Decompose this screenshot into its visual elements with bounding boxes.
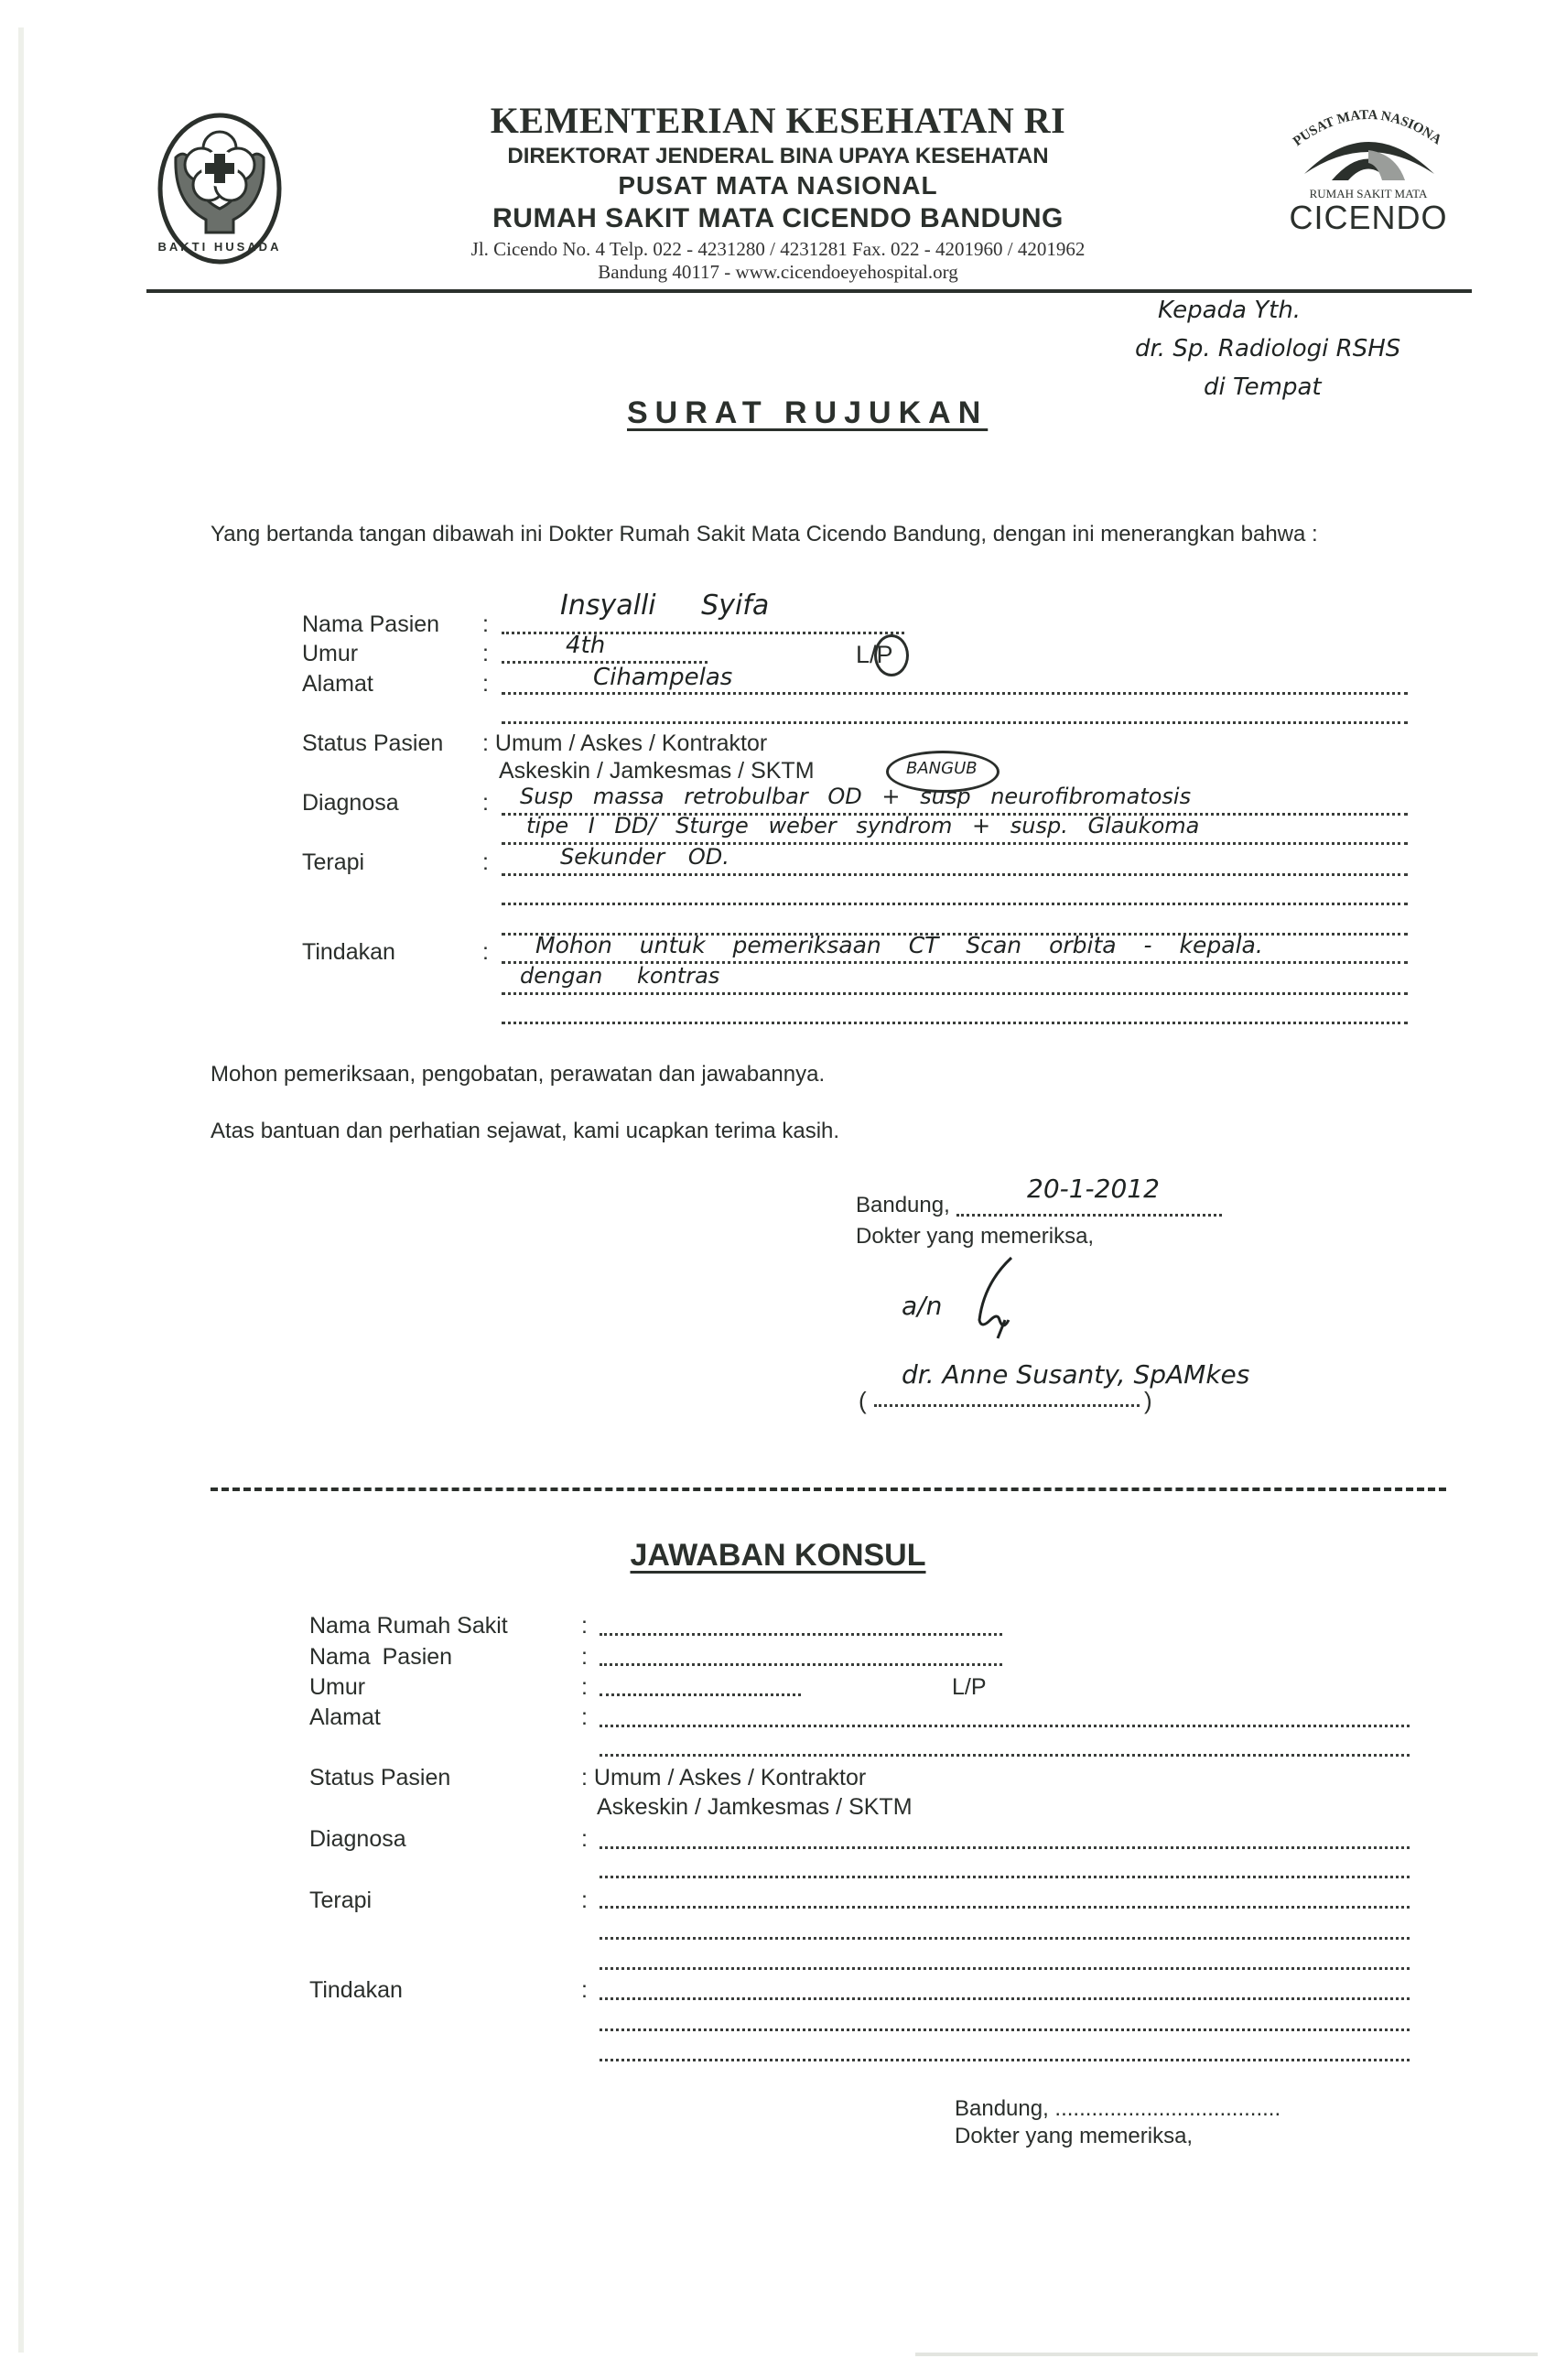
answer-field-alamat[interactable] — [600, 1721, 1410, 1727]
gender-options-2: L/P — [952, 1674, 987, 1701]
label-status-pasien-2: Status Pasien — [309, 1765, 450, 1791]
answer-status-line2: Askeskin / Jamkesmas / SKTM — [597, 1794, 913, 1821]
field-diagnosa-line2[interactable]: tipe I DD/ Sturge weber syndrom + susp. … — [526, 813, 1199, 838]
colon: : — [581, 1704, 588, 1731]
answer-place-date[interactable]: Bandung, ...............................… — [955, 2096, 1280, 2122]
answer-field-diagnosa-2[interactable] — [600, 1872, 1410, 1878]
answer-field-nama-pasien[interactable] — [600, 1660, 1002, 1666]
signature-line — [874, 1401, 1140, 1407]
label-nama-rumah-sakit: Nama Rumah Sakit — [309, 1613, 508, 1639]
answer-doctor-label: Dokter yang memeriksa, — [955, 2124, 1193, 2149]
colon: : — [581, 1977, 588, 2004]
field-line — [502, 899, 1408, 905]
label-alamat-2: Alamat — [309, 1704, 381, 1731]
center-name: PUSAT MATA NASIONAL — [0, 171, 1556, 200]
place-label: Bandung, — [856, 1193, 950, 1218]
label-nama-pasien-2: Nama Pasien — [309, 1644, 452, 1671]
colon: : — [482, 790, 489, 817]
ministry-title: KEMENTERIAN KESEHATAN RI — [0, 99, 1556, 142]
addressee-block: Kepada Yth. dr. Sp. Radiologi RSHS di Te… — [1149, 291, 1400, 406]
field-doctor-name[interactable]: dr. Anne Susanty, SpAMkes — [902, 1359, 1249, 1390]
colon: : — [581, 1888, 588, 1914]
colon: : — [482, 641, 489, 667]
closing-thanks: Atas bantuan dan perhatian sejawat, kami… — [211, 1119, 839, 1144]
label-tindakan-2: Tindakan — [309, 1977, 403, 2004]
field-line — [502, 870, 1408, 876]
hospital-name: RUMAH SAKIT MATA CICENDO BANDUNG — [0, 203, 1556, 234]
status-options-line1: : Umum / Askes / Kontraktor — [482, 730, 767, 757]
field-line — [502, 1018, 1408, 1024]
field-line — [502, 718, 1408, 724]
colon: : — [482, 671, 489, 698]
label-status-pasien: Status Pasien — [302, 730, 443, 757]
signature-icon — [970, 1256, 1034, 1347]
colon: : — [581, 1644, 588, 1671]
label-umur-2: Umur — [309, 1674, 365, 1701]
field-tindakan-line2[interactable]: dengan kontras — [520, 963, 719, 989]
field-tindakan-line1[interactable]: Mohon untuk pemeriksaan CT Scan orbita -… — [535, 932, 1263, 958]
answer-status-line1: : Umum / Askes / Kontraktor — [581, 1765, 866, 1791]
gender-selected-circle — [874, 634, 909, 676]
answer-field-terapi[interactable] — [600, 1902, 1410, 1909]
answer-field-alamat-2[interactable] — [600, 1750, 1410, 1757]
answer-field-terapi-3[interactable] — [600, 1963, 1410, 1970]
referral-title: SURAT RUJUKAN — [627, 395, 988, 431]
referral-intro: Yang bertanda tangan dibawah ini Dokter … — [211, 520, 1419, 549]
label-umur: Umur — [302, 641, 358, 667]
paren-open: ( — [859, 1387, 867, 1415]
cut-line-divider — [211, 1487, 1446, 1491]
answer-title: JAWABAN KONSUL — [0, 1538, 1556, 1574]
paren-close: ) — [1144, 1387, 1152, 1415]
field-line — [502, 989, 1408, 995]
colon: : — [581, 1613, 588, 1639]
field-date[interactable]: 20-1-2012 — [1027, 1174, 1160, 1204]
signature-on-behalf: a/n — [902, 1291, 942, 1321]
answer-field-tindakan-2[interactable] — [600, 2025, 1410, 2031]
label-terapi-2: Terapi — [309, 1888, 372, 1914]
colon: : — [581, 1826, 588, 1853]
answer-field-diagnosa[interactable] — [600, 1843, 1410, 1849]
answer-field-umur[interactable] — [600, 1690, 801, 1696]
date-line — [956, 1210, 1222, 1217]
directorate-name: DIREKTORAT JENDERAL BINA UPAYA KESEHATAN — [0, 144, 1556, 169]
addressee-recipient: dr. Sp. Radiologi RSHS — [1135, 330, 1400, 368]
colon: : — [482, 611, 489, 638]
field-diagnosa-line1[interactable]: Susp massa retrobulbar OD + susp neurofi… — [520, 784, 1191, 809]
field-status-handwritten[interactable]: BANGUB — [906, 759, 978, 778]
colon: : — [482, 849, 489, 876]
field-nama-pasien[interactable]: Insyalli Syifa — [560, 590, 769, 622]
address-line: Jl. Cicendo No. 4 Telp. 022 - 4231280 / … — [0, 238, 1556, 261]
city-website-line: Bandung 40117 - www.cicendoeyehospital.o… — [0, 261, 1556, 284]
label-nama-pasien: Nama Pasien — [302, 611, 439, 638]
status-options-line2: Askeskin / Jamkesmas / SKTM — [499, 758, 815, 784]
field-line — [502, 628, 904, 634]
field-terapi[interactable]: Sekunder OD. — [560, 844, 729, 870]
doctor-label: Dokter yang memeriksa, — [856, 1224, 1094, 1249]
label-alamat: Alamat — [302, 671, 373, 698]
answer-field-tindakan-3[interactable] — [600, 2055, 1410, 2061]
answer-field-terapi-2[interactable] — [600, 1933, 1410, 1940]
label-diagnosa-2: Diagnosa — [309, 1826, 406, 1853]
answer-field-tindakan[interactable] — [600, 1994, 1410, 2000]
closing-request: Mohon pemeriksaan, pengobatan, perawatan… — [211, 1062, 825, 1087]
addressee-location: di Tempat — [1204, 368, 1400, 406]
colon: : — [482, 939, 489, 966]
scan-edge — [18, 27, 24, 2353]
field-alamat[interactable]: Cihampelas — [593, 664, 732, 691]
addressee-greeting: Kepada Yth. — [1158, 291, 1400, 330]
colon: : — [581, 1674, 588, 1701]
label-terapi: Terapi — [302, 849, 364, 876]
label-tindakan: Tindakan — [302, 939, 395, 966]
scan-artifact — [915, 2353, 1538, 2356]
label-diagnosa: Diagnosa — [302, 790, 399, 817]
answer-field-nama-rs[interactable] — [600, 1629, 1002, 1636]
field-umur[interactable]: 4th — [566, 632, 605, 659]
